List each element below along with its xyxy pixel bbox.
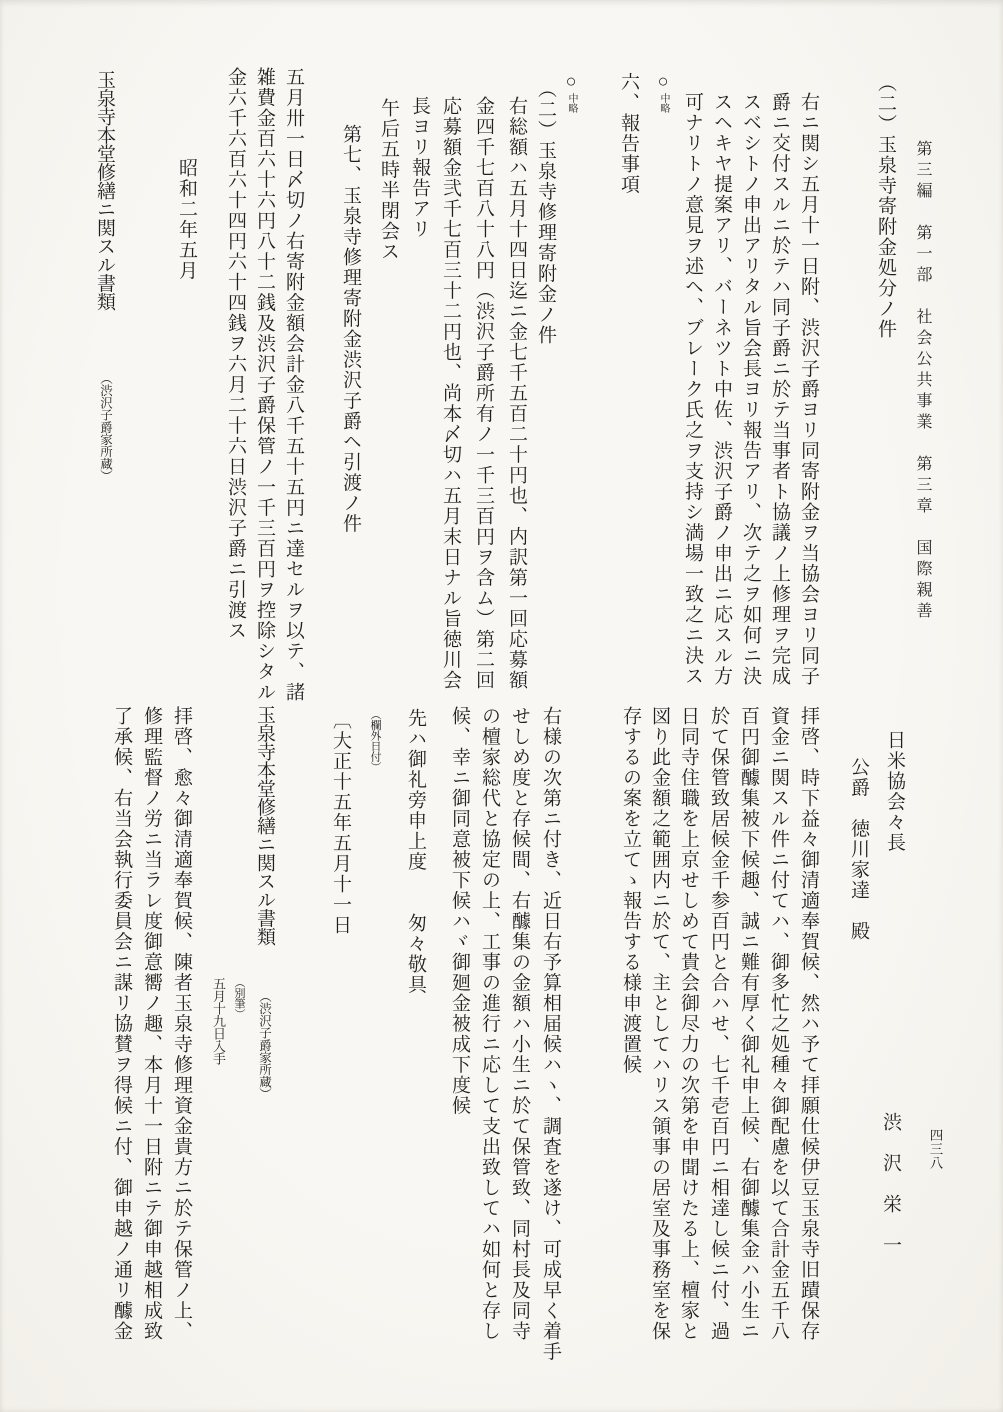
letter1-line: 候、幸ニ御同意被下候ハヾ御廻金被成下度候 xyxy=(450,706,469,1116)
document2-received-note: 五月十九日入手 xyxy=(212,977,225,1065)
running-head: 第三編 第一部 社会公共事業 第三章 国際親善 xyxy=(914,140,930,623)
omission-label: 中略 xyxy=(658,93,669,113)
letter2-line: 修理監督ノ労ニ当ラレ度御意嚮ノ趣、本月十一日附ニテ御申越相成致 xyxy=(142,706,161,1342)
minutes-item7-line: 五月卅一日〆切ノ右寄附金額会計金八千五十五円ニ達セルヲ以テ、諸 xyxy=(284,67,303,703)
minutes-item2-line: 爵ニ交付スルニ於テハ同子爵ニ於テ当事者ト協議ノ上修理ヲ完成 xyxy=(770,92,789,687)
letter1-margin-note: （欄外日付） xyxy=(369,709,380,772)
minutes-item7-line: 金六千六百六十四円六十四銭ヲ六月二十六日渋沢子爵ニ引渡ス xyxy=(226,67,245,641)
omission-marker: ○中略 xyxy=(562,71,580,113)
letter1-addressee-org: 日米協会々長 xyxy=(885,730,904,853)
letter1-line: 於て保管致居候金千参百円と合ハせ、七千壱百円ニ相達し候ニ付、過 xyxy=(709,706,728,1342)
letter1-line: 拝啓、時下益々御清適奉賀候、然ハ予て拝願仕候伊豆玉泉寺旧蹟保存 xyxy=(799,706,818,1342)
letter1-line: せしめ度と存候間、右醵集の金額ハ小生ニ於て保管致、同村長及同寺 xyxy=(510,706,529,1342)
letter2-line: 拝啓、愈々御清適奉賀候、陳者玉泉寺修理資金貴方ニ於テ保管ノ上、 xyxy=(172,706,191,1342)
page-number: 四三八 xyxy=(928,1128,942,1170)
letter2-line: 了承候、右当会執行委員会ニ謀リ協賛ヲ得候ニ付、御申越ノ通リ醵金 xyxy=(112,706,131,1342)
minutes-adjournment-line: 午后五時半閉会ス xyxy=(379,98,398,262)
minutes-subitem-line: 右総額ハ五月十四日迄ニ金七千五百二十円也、内訳第一回応募額 xyxy=(507,96,526,691)
minutes-item2-line: 右ニ関シ五月十一日附、渋沢子爵ヨリ同寄附金ヲ当協会ヨリ同子 xyxy=(799,92,818,687)
letter1-line: 右様の次第ニ付き、近日右予算相届候ハヽ、調査を遂け、可成早く着手 xyxy=(541,706,560,1362)
omission-circle-icon: ○ xyxy=(561,71,581,91)
document2-source: （渋沢子爵家所蔵） xyxy=(258,990,271,1100)
minutes-subitem-line: 応募額金弐千七百三十二円也、尚本〆切ハ五月末日ナル旨徳川会 xyxy=(441,96,460,691)
minutes-item2-title: （二）玉泉寺寄附金処分ノ件 xyxy=(876,73,895,340)
minutes-item2-line: 可ナリトノ意見ヲ述ヘ、ブレーク氏之ヲ支持シ満場一致之ニ決ス xyxy=(683,92,702,687)
omission-circle-icon: ○ xyxy=(653,71,673,91)
letter1-line: 存するの案を立てゝ報告する様申渡置候 xyxy=(621,706,640,1075)
minutes-item7-title: 第七、玉泉寺修理寄附金渋沢子爵ヘ引渡ノ件 xyxy=(341,124,360,534)
minutes-subitem-line: 金四千七百八十八円（渋沢子爵所有ノ一千三百円ヲ含ム）第二回 xyxy=(474,96,493,691)
letter1-margin-date: 〔大正十五年五月十一日 xyxy=(331,710,350,936)
scanned-page: 第三編 第一部 社会公共事業 第三章 国際親善 四三八 （二）玉泉寺寄附金処分ノ… xyxy=(0,0,1003,1412)
minutes-item2-line: スヘキヤ提案アリ、バーネツト中佐、渋沢子爵ノ申出ニ応スル方 xyxy=(712,92,731,687)
letter1-line: 図り此金額之範囲内ニ於て、主としてハリス領事の居室及事務室を保 xyxy=(650,706,669,1342)
document2-title: 玉泉寺本堂修繕ニ関スル書類 xyxy=(255,705,274,946)
document1-source: （渋沢子爵家所蔵） xyxy=(99,372,112,482)
minutes-item2-line: スベシトノ申出アリタル旨会長ヨリ報告アリ、次テ之ヲ如何ニ決 xyxy=(741,92,760,687)
omission-marker: ○中略 xyxy=(654,71,672,113)
minutes-subitem-line: 長ヨリ報告アリ xyxy=(410,96,429,240)
letter1-sender: 渋 沢 栄 一 xyxy=(881,1112,900,1256)
minutes-report-heading: 六、報告事項 xyxy=(619,72,638,195)
letter1-closing: 先ハ御礼旁申上度 匆々敬具 xyxy=(406,708,425,995)
minutes-subitem-title: （二）玉泉寺修理寄附金ノ件 xyxy=(536,79,555,346)
letter1-line: 百円御醵集被下候趣、誠ニ難有厚く御礼申上候、右御醵集金ハ小生ニ xyxy=(739,706,758,1342)
letter1-line: 資金ニ関スル件ニ付てハ、御多忙之処種々御配慮を以て合計金五千八 xyxy=(769,706,788,1342)
document2-annotation: （別筆） xyxy=(233,977,244,1019)
minutes-date-note: 昭和二年五月 xyxy=(177,158,196,281)
letter1-line: の檀家総代と協定の上、工事の進行ニ応して支出致してハ如何と存し xyxy=(480,706,499,1342)
letter1-line: 日同寺住職を上京せしめて貴会御尽力の次第を申聞けたる上、檀家と xyxy=(679,706,698,1342)
letter1-addressee-name: 公爵 徳川家達 殿 xyxy=(849,757,868,942)
omission-label: 中略 xyxy=(566,93,577,113)
minutes-item7-line: 雑費金百六十六円八十二銭及渋沢子爵保管ノ一千三百円ヲ控除シタル xyxy=(255,67,274,703)
document1-title: 玉泉寺本堂修繕ニ関スル書類 xyxy=(95,70,114,311)
